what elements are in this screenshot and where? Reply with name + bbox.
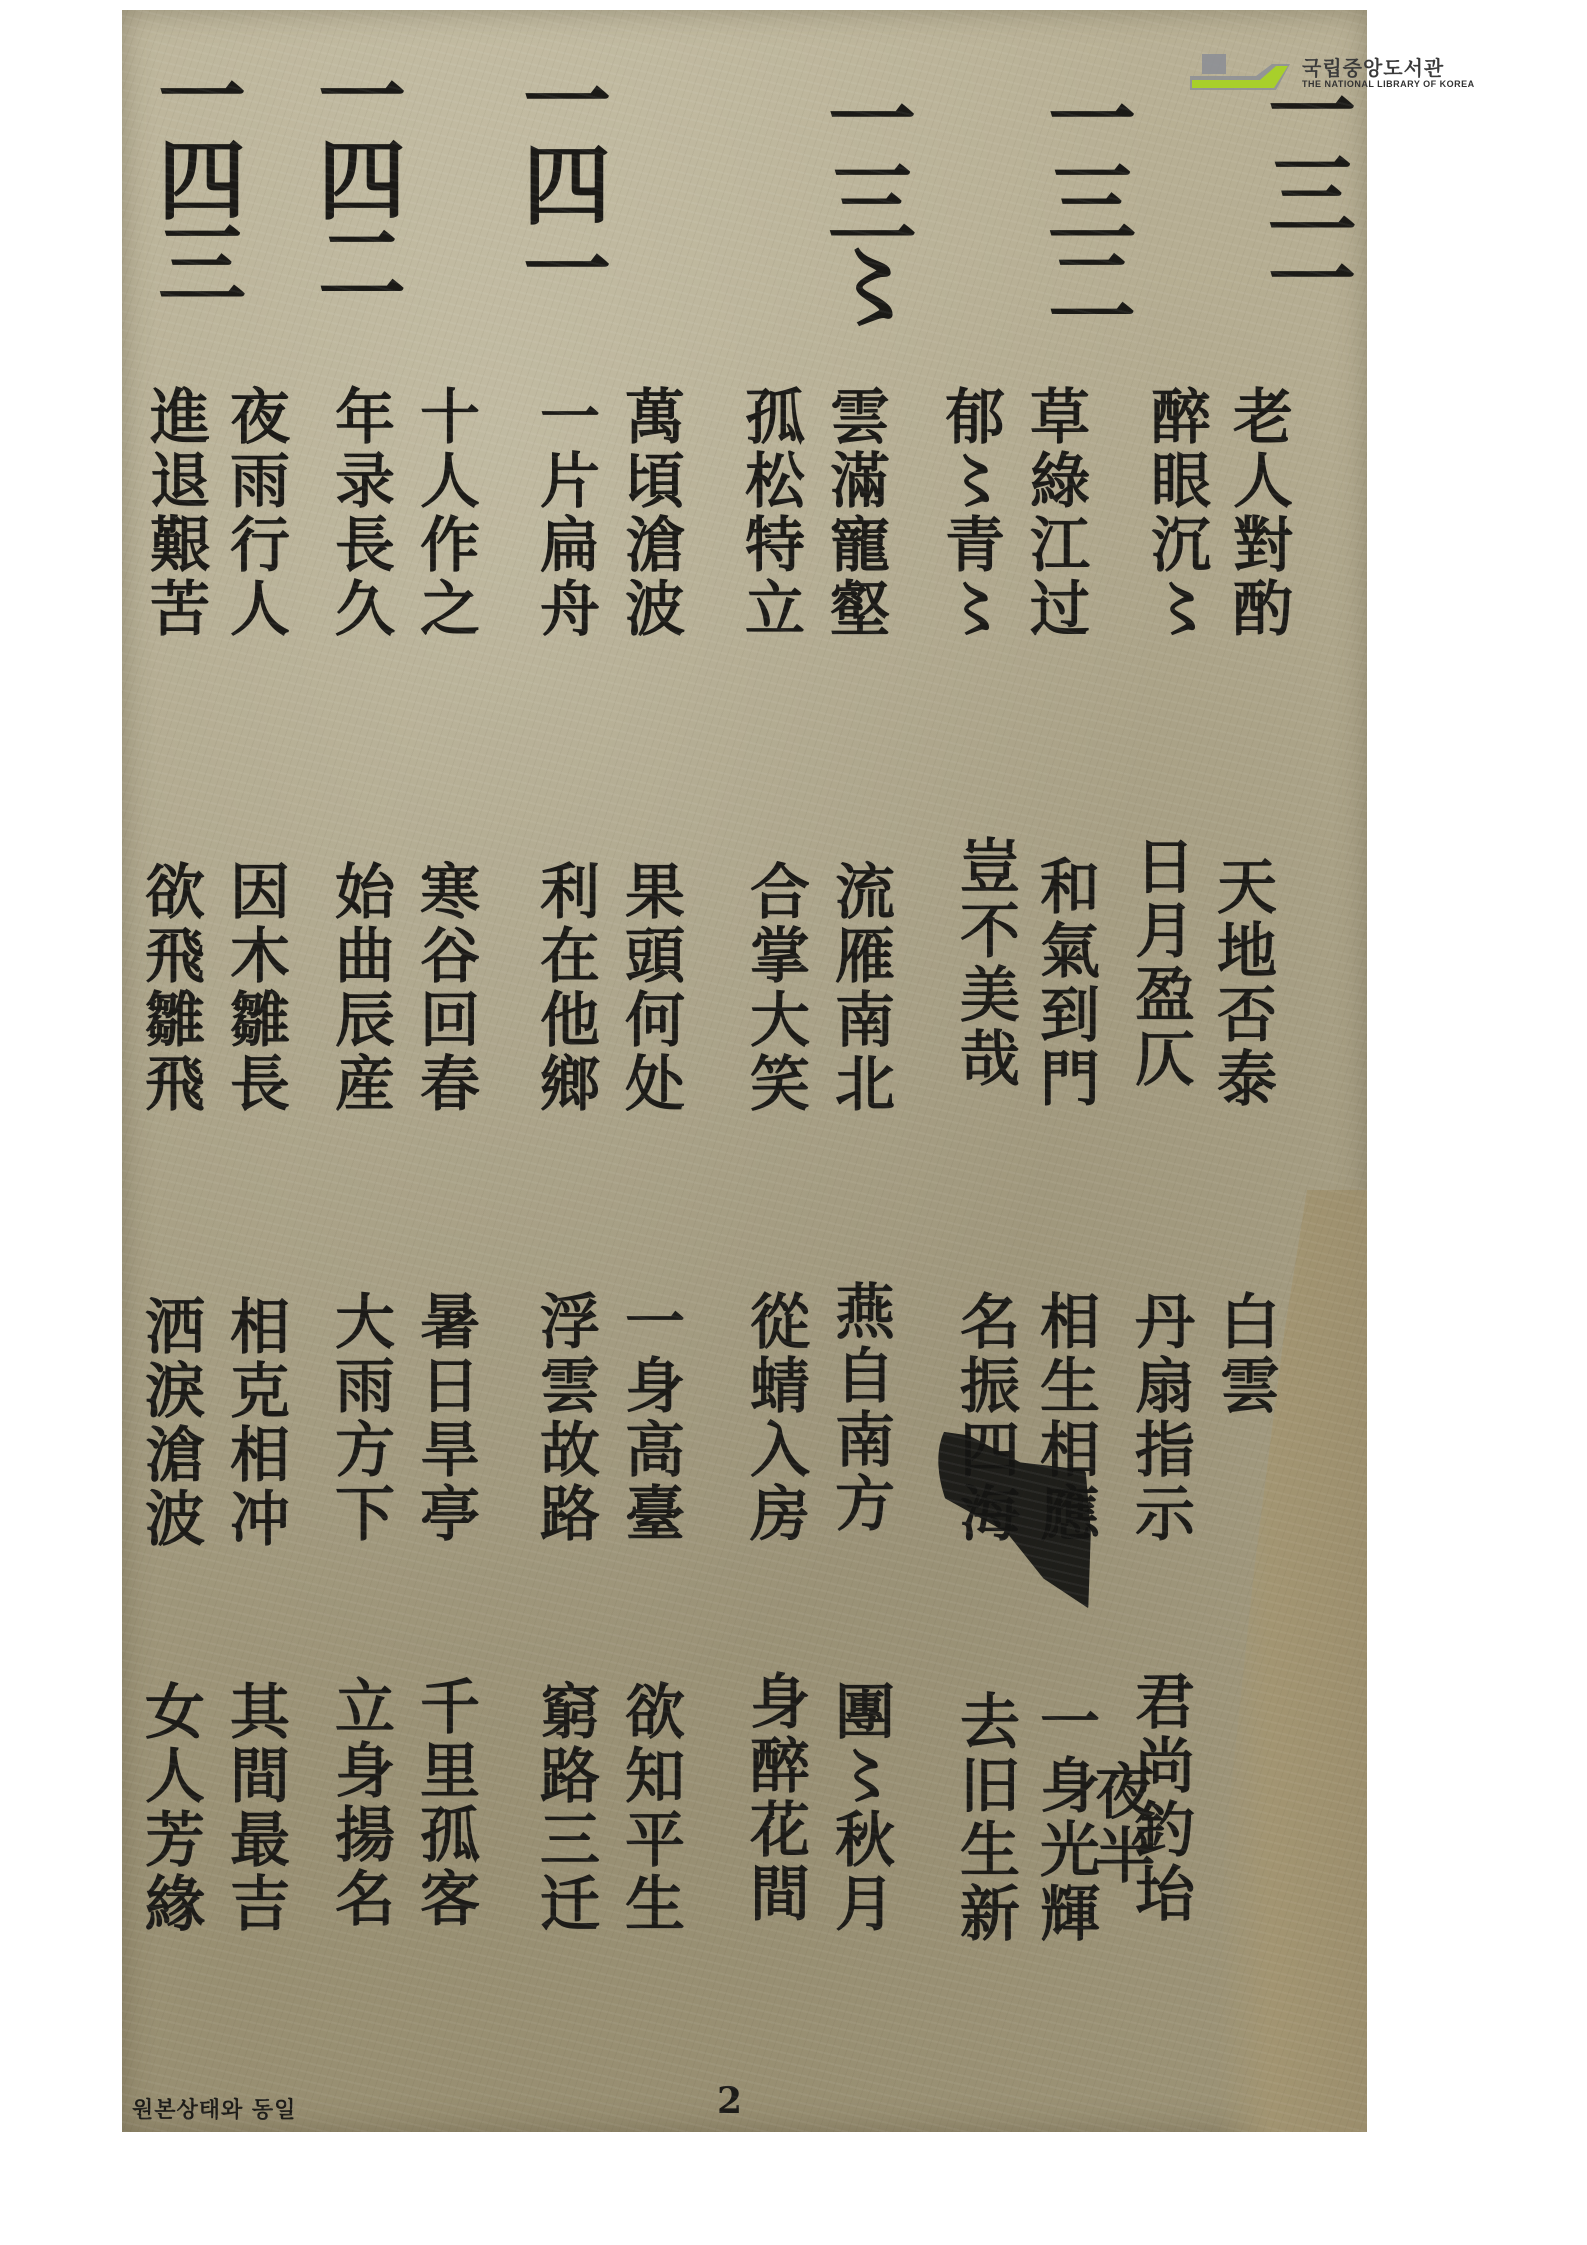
verse-column: 果頭何处 (615, 860, 685, 1116)
verse-column: 去旧生新 (950, 1690, 1020, 1946)
verse-column: 白雲 (1210, 1290, 1280, 1418)
verse-column: 立身揚名 (325, 1675, 395, 1931)
verse-column: 始曲辰産 (325, 860, 395, 1116)
verse-column: 草綠江过 (1020, 385, 1090, 641)
verse-column: 醉眼沉〻 (1141, 385, 1211, 641)
verse-column: 暑日旱亭 (410, 1290, 480, 1546)
verse-column: 丹扇指示 (1125, 1290, 1195, 1546)
verse-column: 雲滿寵壑 (820, 385, 890, 641)
verse-column: 郁〻青〻 (935, 385, 1005, 641)
ink-stain (915, 1376, 1139, 1644)
verse-column: 寒谷回春 (410, 860, 480, 1116)
page-number: 2 (717, 2080, 742, 2122)
library-logo-icon (1190, 54, 1290, 94)
verse-column: 豈不美哉 (950, 835, 1020, 1091)
verse-column: 萬頃滄波 (615, 385, 685, 641)
verse-column: 團〻秋月 (825, 1680, 895, 1936)
verse-column: 利在他鄉 (530, 860, 600, 1116)
verse-column: 欲飛雛飛 (135, 860, 205, 1116)
verse-column: 流雁南北 (825, 860, 895, 1116)
verse-column: 十人作之 (410, 385, 480, 641)
verse-column: 從蜻入房 (740, 1290, 810, 1546)
verse-column: 夜雨行人 (220, 385, 290, 641)
verse-column: 一片扁舟 (530, 385, 600, 641)
entry-number: 一四二 (312, 50, 400, 302)
entry-number: 一三二 (1042, 73, 1130, 325)
verse-column: 浮雲故路 (530, 1290, 600, 1546)
verse-column: 孤松特立 (735, 385, 805, 641)
verse-column: 女人芳緣 (135, 1680, 205, 1936)
library-name-english: THE NATIONAL LIBRARY OF KOREA (1302, 79, 1475, 89)
verse-column: 因木雛長 (220, 860, 290, 1116)
verse-column: 其間最吉 (220, 1680, 290, 1936)
entry-number: 一四三 (152, 50, 240, 302)
verse-column: 年录長久 (325, 385, 395, 641)
national-library-logo: 국립중앙도서관 THE NATIONAL LIBRARY OF KOREA (1190, 52, 1450, 102)
entry-number: 一三一 (1262, 65, 1350, 317)
original-condition-note: 원본상태와 동일 (132, 2093, 296, 2124)
verse-column: 相克相冲 (220, 1295, 290, 1551)
verse-column: 身醉花間 (740, 1670, 810, 1926)
entry-number: 一三〻 (822, 73, 910, 325)
entry-numbers-row: 一三一 一三二 一三〻 一四一 一四二 一四三 (122, 65, 1367, 365)
verse-column: 日月盈仄 (1125, 835, 1195, 1091)
verse-column: 一身高臺 (615, 1290, 685, 1546)
verse-column: 大雨方下 (325, 1290, 395, 1546)
verse-column: 洒淚滄波 (135, 1295, 205, 1551)
verse-column: 一身光輝 (1030, 1690, 1100, 1946)
library-name-korean: 국립중앙도서관 (1302, 52, 1444, 81)
verse-column: 老人對酌 (1223, 385, 1293, 641)
manuscript-page: 一三一 一三二 一三〻 一四一 一四二 一四三 老人對酌醉眼沉〻草綠江过郁〻青〻… (122, 10, 1367, 2132)
verse-column: 欲知平生 (615, 1680, 685, 1936)
verse-column: 天地否泰 (1207, 855, 1277, 1111)
verse-column: 燕自南方 (825, 1280, 895, 1536)
verse-column: 千里孤客 (410, 1675, 480, 1931)
verse-column: 窮路三迁 (530, 1680, 600, 1936)
verse-column: 進退艱苦 (140, 385, 210, 641)
entry-number: 一四一 (517, 55, 605, 307)
verse-column: 和氣到門 (1030, 855, 1100, 1111)
verse-column: 合掌大笑 (740, 860, 810, 1116)
